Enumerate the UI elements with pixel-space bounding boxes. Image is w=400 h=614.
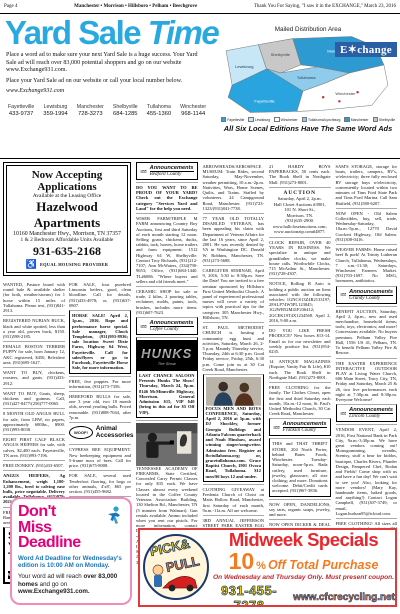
classified-ad: FREE CLOTHING for the family. The Clothe…	[269, 382, 331, 416]
shooting-range-photo	[136, 423, 198, 466]
legend-item: Tullahoma/Lynchburg	[302, 117, 341, 122]
announcements-header: AnnouncementsGrundy County	[336, 286, 398, 304]
classified-ad: NOW OPEN, DANDELIONS, soy tarts, organic…	[269, 499, 331, 518]
phone-entry: Lewisburg359-1994	[43, 104, 68, 117]
hunks-show-ad: HUNKSThe ShowLAST CHANCE SALOON Presents…	[136, 337, 198, 418]
classified-ad: SAM'S STORAGE, storage for boats, traile…	[336, 162, 398, 206]
svg-text:Fayetteville: Fayetteville	[254, 98, 275, 103]
svg-text:Winchester: Winchester	[335, 91, 356, 96]
intro-paragraph: Place your Yard Sale ad on our website o…	[6, 78, 208, 86]
classified-ad: HEREFORD BULLS for sale, one 3 year old,…	[69, 391, 131, 420]
page-title: Yard Sale Time	[5, 16, 214, 49]
classified-ad: EIGHT FIRST CALF BLACK ANGUS HEIFERS for…	[3, 434, 65, 458]
deadline-text: Word Ad Deadline for Wednesday's edition…	[18, 555, 124, 570]
phone-entry: Manchester728-3273	[77, 104, 104, 117]
classified-ad: CLOTHING GIVEAWAY at Fredonia Church of …	[203, 484, 265, 513]
top-section: Yard Sale Time Place a word ad to make s…	[0, 14, 400, 158]
coupon-website: www.cfcrecycling.net	[293, 592, 395, 603]
svg-text:Lewisburg: Lewisburg	[235, 64, 253, 69]
classified-ad: FEMALE BOSTON TERRIER PUPPY for sale, bo…	[3, 341, 65, 365]
envelope-icon	[140, 322, 147, 331]
envelope-icon	[340, 409, 347, 418]
animal-accessories-header: WOOF!Animal Accessories	[69, 422, 131, 442]
intro-paragraph: Place a word ad to make sure your next Y…	[6, 52, 208, 75]
edition-cities: Manchester • Morrison • Hillsboro • Pelh…	[74, 4, 197, 9]
pick-and-pull-logo: PICK& PULL	[143, 534, 209, 600]
legend-item: Manchester	[344, 117, 368, 122]
announcements-header: AnnouncementsCoffee County	[136, 317, 198, 335]
classified-ad: THE EASTER EXPERIENCE INTERACTIVE OUTDOO…	[336, 358, 398, 403]
map-label: Mailed Distribution Area	[216, 26, 400, 33]
coupon-title: Midweek Specials	[212, 531, 395, 550]
classified-ad: DO YOU LIKE FRESH PRODUCE? New boxes $13…	[269, 325, 331, 354]
firearms-academy-ad: TENNESSEE ACADEMY OF FIREARMS, State Cer…	[136, 420, 198, 534]
svg-text:Shelbyville: Shelbyville	[271, 52, 291, 57]
star-person-icon	[105, 505, 123, 525]
deadline-reach-text: Your word ad will reach over 83,000 home…	[18, 573, 124, 596]
classified-ad: BENEFIT AUCTION, Saturday, April 2, 4p.m…	[336, 306, 398, 356]
phone-entry: Fayetteville433-9737	[8, 104, 34, 117]
envelope-icon	[273, 423, 280, 432]
legend-item: Shelbyville	[373, 117, 396, 122]
phone-entry: Tullahoma455-1360	[147, 104, 172, 117]
boxed-classified-ad: HORSE SALE! April 2, 1p.m., 2016. Rope a…	[69, 310, 131, 373]
classified-ad: 8 MONTH OLD ANGUS BULL for sale, from LB…	[3, 408, 65, 432]
hazelwood-phone: 931-635-2168	[9, 244, 125, 259]
classified-ad: WANT TO BUY, Goats, sheep, chickens and …	[3, 388, 65, 407]
woof-logo: WOOF!	[69, 426, 93, 439]
classified-ad: NOW OPEN - Old Salem Collectibles, buy, …	[336, 208, 398, 242]
header-tagline: Thank You For Saying, "I saw it in the E…	[254, 4, 396, 9]
intro-text: Place a word ad to make sure your next Y…	[5, 52, 214, 96]
newspaper-page: Page 4 Manchester • Morrison • Hillsboro…	[0, 0, 400, 614]
announcements-header: AnnouncementsFranklin County	[269, 418, 331, 436]
classified-ad: ST. PAUL METHODIST CHURCH is hosting a c…	[203, 322, 265, 372]
exchange-logo: E✶change	[335, 42, 397, 57]
announcements-header: AnnouncementsLincoln County	[336, 404, 398, 422]
focus-conference-ad: FOCUS MEN AND BOYS CONFERENCE, Saturday,…	[203, 374, 265, 482]
map-caption: All Six Local Editions Have The Same Wor…	[216, 124, 400, 133]
classified-ad: CAREGIVER SEMINAR, April 9, 2016, 5:30 t…	[203, 265, 265, 320]
svg-text:Tullahoma: Tullahoma	[297, 75, 316, 80]
coupon-condition: On Wednesday and Thursday Only. Must pre…	[212, 574, 395, 581]
envelope-icon	[340, 290, 347, 299]
legend-item: Winchester	[274, 117, 297, 122]
page-header: Page 4 Manchester • Morrison • Hillsboro…	[0, 0, 400, 14]
classified-ad: FREE DONKEY. (931)433-6507.	[3, 460, 65, 468]
discount-line: 10% Off Total Purchase	[212, 550, 395, 573]
classified-ad: DO YOU WANT TO BE PROUD OF YOUR YARD? Ch…	[136, 182, 198, 211]
conference-speakers-photo	[206, 377, 262, 406]
website-text: www.Exchange931.com	[6, 88, 208, 96]
classified-ad: ARROWHEADS/AEROSPACE MUSEUM: Train Rides…	[203, 162, 265, 211]
announcements-header: AnnouncementsBedford County	[136, 162, 198, 180]
auction-ad: AUCTIONSaturday, April 2, 2p.m.Hall Clos…	[269, 187, 331, 235]
classified-ad: WANT TO BUY, chickens, roosters, and goa…	[3, 367, 65, 386]
classified-ad: CYPRESS BEE EQUIPMENT. New beekeeping eq…	[69, 444, 131, 468]
classified-ad: CERAMIC SHOP for sale or trade, 2 kilns,…	[136, 286, 198, 315]
classified-ad: FOR SALE, several used Tenderfoot floori…	[69, 470, 131, 494]
classified-ad: 21 HARDY BOYS PAPERBACKS, 50 cents each.…	[269, 162, 331, 185]
svg-text:PULL: PULL	[165, 553, 201, 575]
classified-ad: CLOCK REPAIR, OVER 40 YEARS IN BUSINESS.…	[269, 237, 331, 277]
phone-entry: Shelbyville684-1285	[113, 104, 138, 117]
phone-entry: Winchester968-1144	[180, 104, 206, 117]
classified-ad: WISER FARM/TRIPLE M FARM announcing Coun…	[136, 213, 198, 284]
classified-ad: 14 ANTIQUE MAGAZINES (Esquire, Vanity Fa…	[269, 356, 331, 380]
deadline-promo: Don't Miss Deadline Word Ad Deadline for…	[10, 497, 132, 605]
classified-ad: FOR SALE, four purebred Limousin heifers…	[69, 280, 131, 308]
midweek-specials-coupon: PICK& PULL Midweek Specials 10% Off Tota…	[138, 528, 397, 607]
classified-ad: WEAVER FARMS: Home raised beef & pork! A…	[336, 244, 398, 284]
coupon-phone: 931-455-7278	[212, 583, 286, 608]
map-legend: FayettevilleLewisburgWinchesterTullahoma…	[216, 117, 400, 122]
wheelchair-icon: ♿	[26, 260, 37, 269]
classified-ad: FREE, five puppies. For more information…	[69, 376, 131, 389]
cartoon-man	[153, 565, 163, 575]
legend-item: Fayetteville	[221, 117, 245, 122]
hazelwood-apartments-ad: Now Accepting Applications Available at …	[3, 162, 131, 276]
classified-ad: NOTICE, Rolling B Auto is holding a publ…	[269, 278, 331, 323]
classified-ad: VENDOR EVENT, April 2, 2016, First Natio…	[336, 424, 398, 516]
boxed-classified-ad: THIS and THAT THRIFT STORE, 204 North Po…	[269, 438, 331, 496]
envelope-icon	[140, 167, 147, 176]
distribution-map-panel: E✶change Mailed Distribution Area Lewisb…	[216, 14, 400, 158]
phone-directory: Fayetteville433-9737Lewisburg359-1994Man…	[8, 104, 214, 117]
yard-sale-promo: Yard Sale Time Place a word ad to make s…	[0, 14, 216, 158]
page-number: Page 4	[4, 4, 17, 9]
classified-ad: WANTED, Pasture board with round bale & …	[3, 280, 65, 313]
legend-item: Lewisburg	[248, 117, 270, 122]
classified-ad: 77 YEAR OLD TOTALLY DISABLED VETERAN, ha…	[203, 213, 265, 263]
classified-ad: REGISTERED NUBIAN BUCK, black and white …	[3, 315, 65, 339]
